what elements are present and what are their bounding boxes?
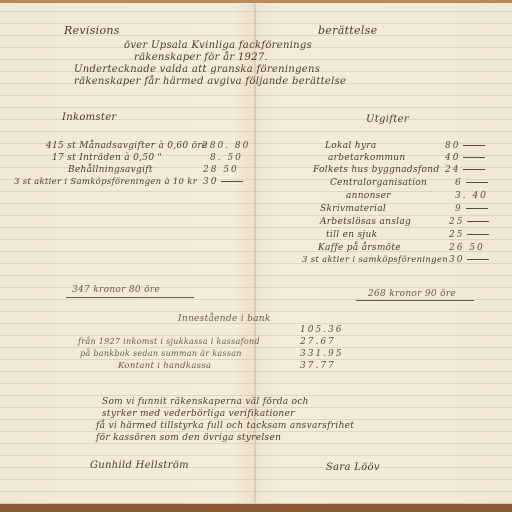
header-line-2: över Upsala Kvinliga fackförenings: [124, 40, 312, 51]
signature-left: Gunhild Hellström: [90, 460, 189, 471]
expense-row-label: Skrivmaterial: [320, 204, 386, 214]
expense-row-amount: 40: [445, 153, 485, 163]
income-row-amount: 280. 80: [202, 141, 250, 151]
expense-row-label: arbetarkommun: [328, 153, 405, 163]
income-heading: Inkomster: [62, 112, 117, 123]
income-row-label: 415 st Månadsavgifter à 0,60 öre: [46, 141, 208, 151]
expense-row-amount: 80: [445, 141, 485, 151]
expense-row-label: Lokal hyra: [325, 141, 377, 151]
header-title-right: berättelse: [318, 24, 377, 37]
income-row-amount: 28 50: [203, 165, 239, 175]
expense-row-amount: 25: [449, 217, 489, 227]
expense-row-label: 3 st aktier i samköpsföreningen: [302, 255, 448, 265]
income-row-amount: 30: [203, 177, 243, 187]
expense-row-amount: 30: [449, 255, 489, 265]
expense-row-amount: 26 50: [449, 243, 485, 253]
signature-right: Sara Lööv: [326, 462, 380, 473]
expenses-total: 268 kronor 90 öre: [368, 289, 456, 299]
income-row-amount: 8. 50: [210, 153, 243, 163]
bank-row-label: från 1927 inkomst i sjukkassa i kassafon…: [78, 337, 260, 346]
expenses-total-underline: [356, 300, 474, 301]
bank-row-amount: 331.95: [300, 349, 344, 359]
expense-row-label: till en sjuk: [326, 230, 377, 240]
expense-row-amount: 25: [449, 230, 489, 240]
expense-row-label: Arbetslösas anslag: [320, 217, 411, 227]
expense-row-label: Kaffe på årsmöte: [318, 243, 401, 253]
bank-heading: Innestående i bank: [178, 314, 271, 324]
closing-line-4: för kassören som den övriga styrelsen: [96, 433, 281, 443]
header-title-left: Revisions: [64, 24, 120, 37]
expense-row-label: Folkets hus byggnadsfond: [313, 165, 439, 175]
notebook-page: Revisions berättelse över Upsala Kvinlig…: [0, 0, 512, 504]
bank-row-amount: 37.77: [300, 361, 336, 371]
expense-row-amount: 3. 40: [455, 191, 488, 201]
income-total-underline: [66, 297, 194, 298]
expense-row-amount: 6: [455, 178, 488, 188]
header-line-5: räkenskaper får härmed avgiva följande b…: [74, 76, 346, 87]
income-row-label: 3 st aktier i Samköpsföreningen à 10 kr: [14, 177, 197, 187]
closing-line-3: få vi härmed tillstyrka full och tacksam…: [96, 421, 354, 431]
expense-row-label: Centralorganisation: [330, 178, 427, 188]
income-total: 347 kronor 80 öre: [72, 285, 160, 295]
expense-row-amount: 9: [455, 204, 488, 214]
expense-row-amount: 24: [445, 165, 485, 175]
page-top-edge: [0, 0, 512, 3]
expenses-heading: Utgifter: [366, 114, 409, 125]
bank-row-amount: 27.67: [300, 337, 336, 347]
closing-line-1: Som vi funnit räkenskaperna väl förda oc…: [102, 397, 309, 407]
expense-row-label: annonser: [346, 191, 391, 201]
bank-row-label: på bankbok sedan summan är kassan: [80, 349, 242, 358]
bank-row-label: Kontant i handkassa: [118, 361, 211, 371]
closing-line-2: styrker med vederbörliga verifikationer: [102, 409, 295, 419]
bank-row-amount: 105.36: [300, 325, 344, 335]
header-line-3: räkenskaper för år 1927.: [134, 52, 268, 63]
header-line-4: Undertecknade valda att granska förening…: [74, 64, 320, 75]
income-row-label: 17 st Inträden à 0,50 ": [52, 153, 162, 163]
income-row-label: Behållningsavgift: [68, 165, 153, 175]
